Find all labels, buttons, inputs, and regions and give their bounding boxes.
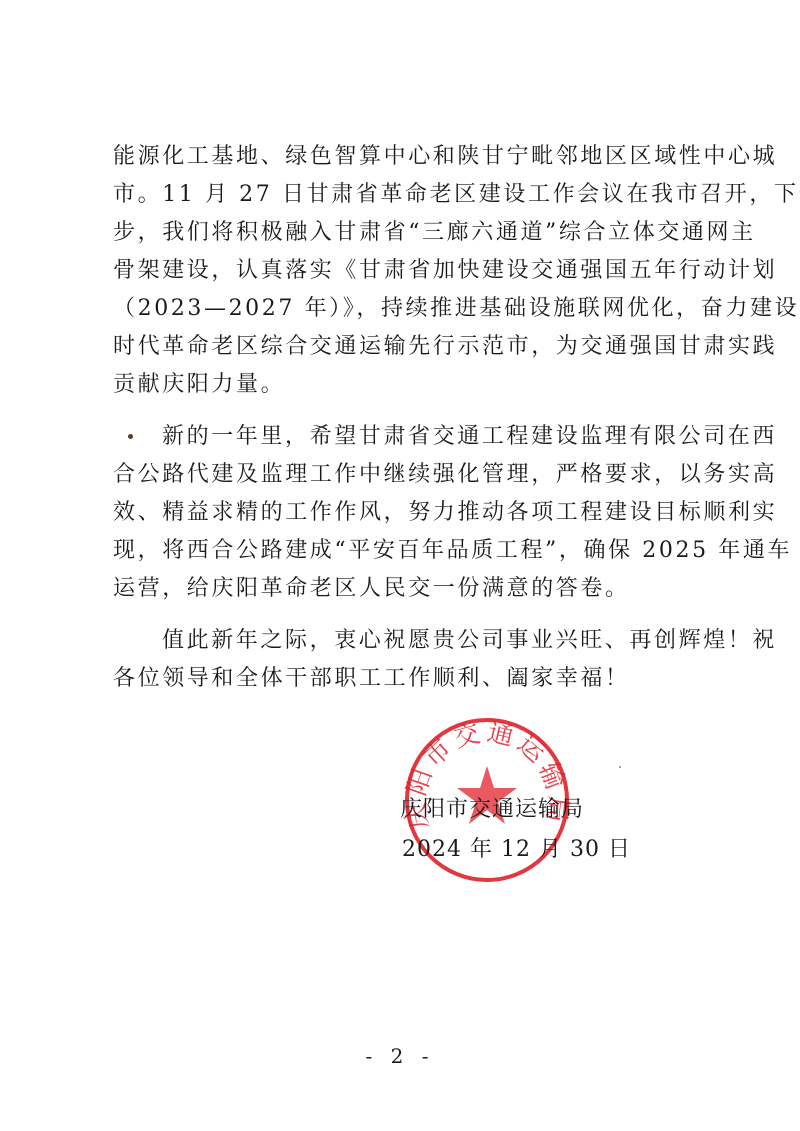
paragraph-2-line-3: 效、精益求精的工作作风，努力推动各项工程建设目标顺利实 (113, 499, 693, 527)
paragraph-1-line-5: （2023—2027 年）》，持续推进基础设施联网优化，奋力建设新 (113, 295, 693, 323)
paragraph-1-line-7: 贡献庆阳力量。 (113, 371, 693, 399)
paragraph-2-line-2: 合公路代建及监理工作中继续强化管理，严格要求，以务实高 (113, 461, 693, 489)
paragraph-2-line-4: 现，将西合公路建成“平安百年品质工程”，确保 2025 年通车 (113, 537, 693, 565)
paragraph-1-line-4: 骨架建设，认真落实《甘肃省加快建设交通强国五年行动计划 (113, 257, 693, 285)
document-page: 能源化工基地、绿色智算中心和陕甘宁毗邻地区区域性中心城 市。11 月 27 日甘… (0, 0, 800, 1131)
paragraph-1-line-1: 能源化工基地、绿色智算中心和陕甘宁毗邻地区区域性中心城 (113, 143, 693, 171)
signature-date: 2024 年 12 月 30 日 (402, 836, 631, 864)
signature-organization: 庆阳市交通运输局 (400, 796, 584, 824)
page-number: - 2 - (0, 1044, 800, 1068)
paragraph-2-line-5: 运营，给庆阳革命老区人民交一份满意的答卷。 (113, 575, 693, 603)
paragraph-1-line-2: 市。11 月 27 日甘肃省革命老区建设工作会议在我市召开，下一 (113, 181, 693, 209)
paragraph-2-line-1: 新的一年里，希望甘肃省交通工程建设监理有限公司在西 (162, 423, 742, 451)
paragraph-1-line-6: 时代革命老区综合交通运输先行示范市，为交通强国甘肃实践 (113, 333, 693, 361)
paragraph-3-line-2: 各位领导和全体干部职工工作顺利、阖家幸福！ (113, 665, 693, 693)
paragraph-1-line-3: 步，我们将积极融入甘肃省“三廊六通道”综合立体交通网主 (113, 219, 693, 247)
scan-speck (619, 766, 621, 768)
paragraph-3-line-1: 值此新年之际，衷心祝愿贵公司事业兴旺、再创辉煌！祝 (162, 627, 742, 655)
ink-dot (128, 434, 133, 439)
